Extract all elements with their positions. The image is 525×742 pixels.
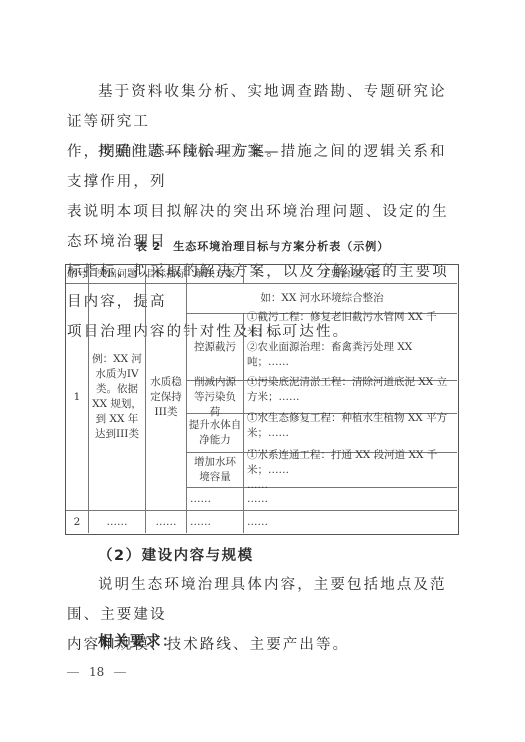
content-line: ①水生态修复工程：种植水生植物 XX 平方米；……: [247, 411, 457, 441]
solution-content: ……: [244, 488, 457, 510]
content-line: ①污染底泥清淤工程：清除河道底泥 XX 立方米；……: [247, 375, 457, 405]
solution-plan: ……: [187, 488, 243, 510]
header-target: 目标指标: [146, 265, 186, 283]
content-line: ②农业面源治理：畜禽粪污处理 XX 吨；……: [247, 340, 457, 370]
analysis-table: 序号 突出问题 目标指标 解决方案 主要治理内容 1 例：XX 河水质为IV类。…: [65, 264, 459, 535]
row2-plan: ……: [187, 511, 243, 533]
solution-content: ①截污工程：修复老旧截污水管网 XX 千米；…… ②农业面源治理：畜禽粪污处理 …: [244, 314, 457, 380]
content-line: ①水系连通工程：打通 XX 段河道 XX 千米；……: [247, 448, 457, 478]
content-line: ①截污工程：修复老旧截污水管网 XX 千米；……: [247, 310, 457, 340]
page-number-text: 18: [89, 665, 104, 679]
row2-problem: ……: [89, 511, 145, 533]
solution-content: ①污染底泥清淤工程：清除河道底泥 XX 立方米；…… ……: [244, 381, 457, 413]
row1-target: 水质稳定保持III类: [146, 284, 186, 510]
solution-plan: 控源截污: [187, 314, 243, 380]
paragraph-text: 基于资料收集分析、实地调查踏勘、专题研究论证等研究工: [67, 84, 447, 130]
solution-content: ①水生态修复工程：种植水生植物 XX 平方米；…… ……: [244, 414, 457, 452]
solution-content: ①水系连通工程：打通 XX 段河道 XX 千米；…… ……: [244, 453, 457, 487]
requirements-label: 相关要求：: [98, 630, 178, 651]
row1-index: 1: [66, 284, 88, 510]
dash-decoration: [67, 672, 79, 673]
section-heading: （2）建设内容与规模: [98, 544, 254, 565]
paragraph-text: 说明生态环境治理具体内容，主要包括地点及范围、主要建设: [67, 577, 447, 623]
header-index: 序号: [66, 265, 88, 283]
table-caption: 表 2 生态环境治理目标与方案分析表（示例）: [0, 238, 525, 254]
header-solution: 解决方案: [187, 265, 243, 283]
solution-plan: 提升水体自净能力: [187, 414, 243, 452]
header-content: 主要治理内容: [244, 265, 457, 283]
row2-index: 2: [66, 511, 88, 533]
solution-plan: 削减内源等污染负荷: [187, 381, 243, 413]
row1-problem: 例：XX 河水质为IV类。依据 XX 规划，到 XX 年达到III类: [89, 284, 145, 510]
paragraph-text: 按照问题—目标—方案—措施之间的逻辑关系和支撑作用，列: [67, 144, 447, 190]
solution-plan: 增加水环境容量: [187, 453, 243, 487]
dash-decoration: [114, 672, 126, 673]
page-number: 18: [67, 665, 126, 679]
header-problem: 突出问题: [89, 265, 145, 283]
row2-content: ……: [244, 511, 457, 533]
row2-target: ……: [146, 511, 186, 533]
